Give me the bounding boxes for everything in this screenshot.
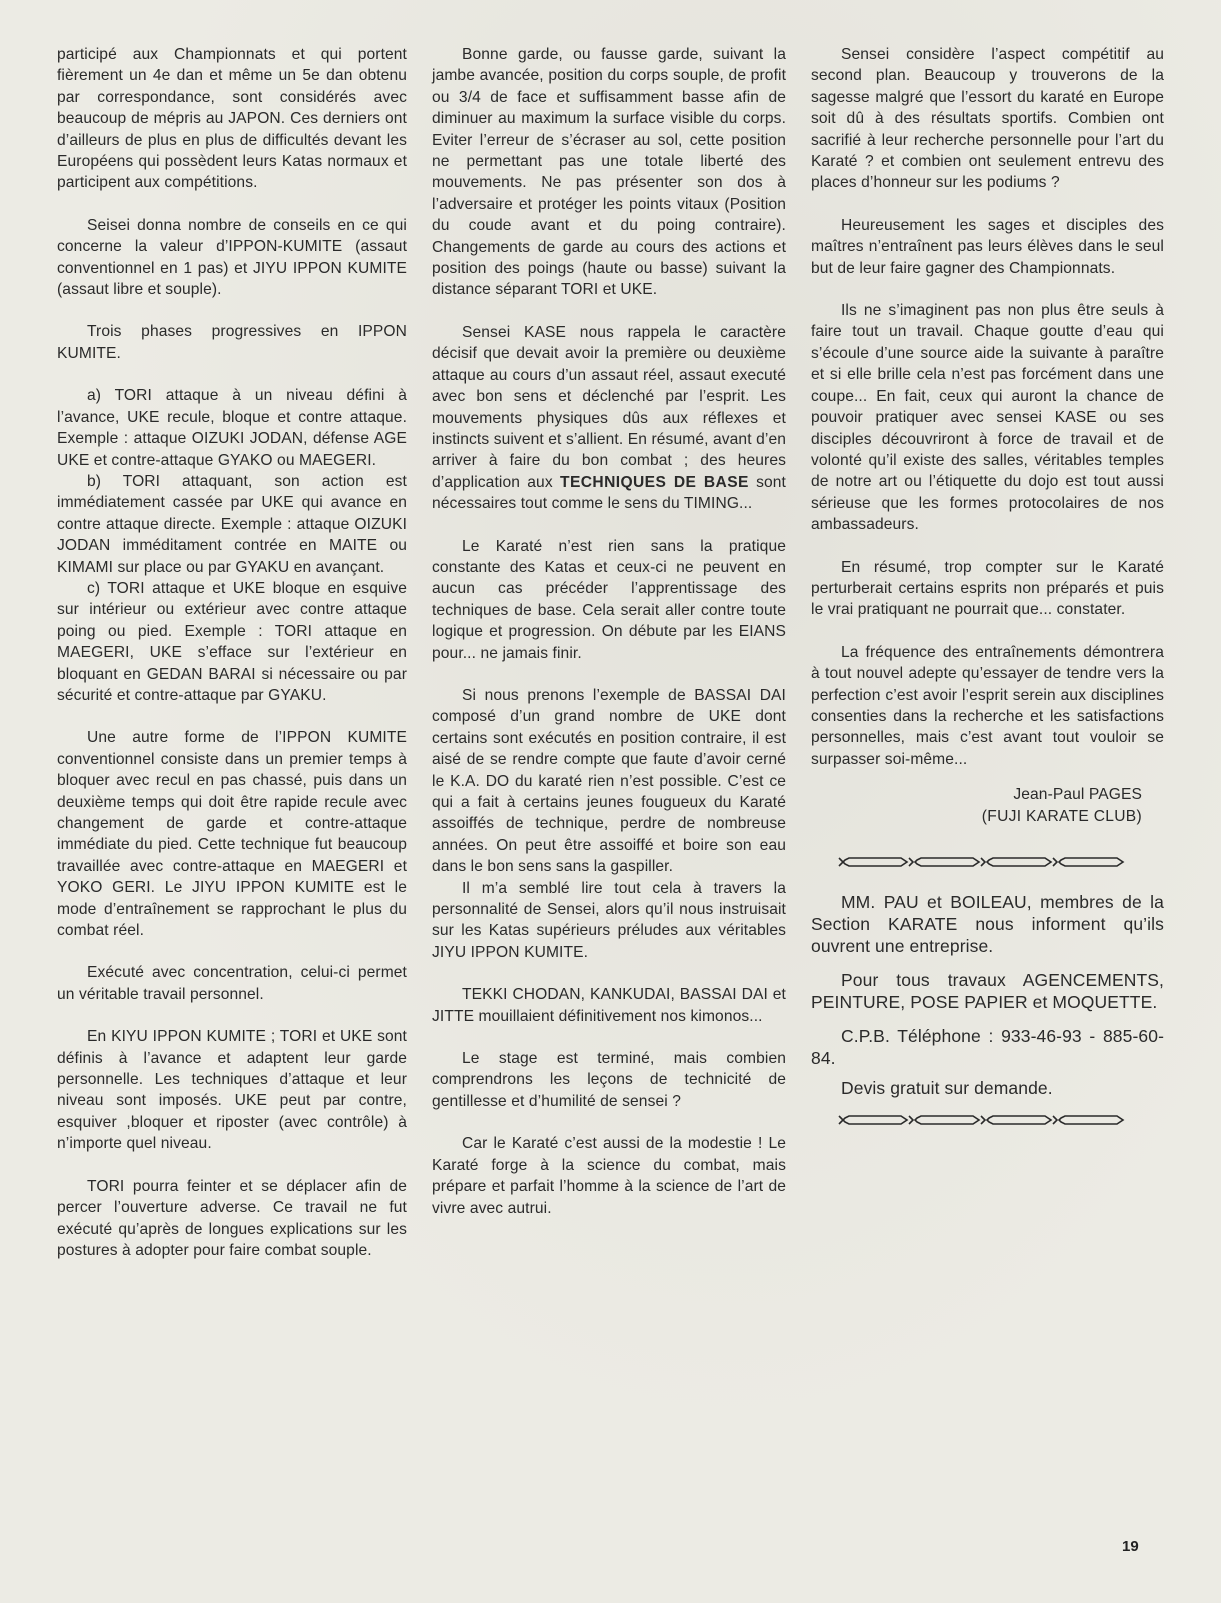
emphasis-text: TECHNIQUES DE BASE bbox=[560, 474, 749, 491]
article-paragraph: TORI pourra feinter et se déplacer afin … bbox=[57, 1176, 407, 1262]
announcement-paragraph: Pour tous travaux AGENCEMENTS, PEINTURE,… bbox=[811, 969, 1164, 1013]
article-paragraph: Sensei KASE nous rappela le caractère dé… bbox=[432, 322, 786, 515]
article-paragraph: a) TORI attaque à un niveau défini à l’a… bbox=[57, 385, 407, 471]
article-paragraph: Il m’a semblé lire tout cela à travers l… bbox=[432, 878, 786, 964]
announcement-block: MM. PAU et BOILEAU, membres de la Sectio… bbox=[811, 891, 1164, 1099]
author-club: (FUJI KARATE CLUB) bbox=[811, 806, 1142, 827]
author-name: Jean-Paul PAGES bbox=[811, 784, 1142, 805]
announcement-paragraph: MM. PAU et BOILEAU, membres de la Sectio… bbox=[811, 891, 1164, 957]
ornamental-rule-icon bbox=[837, 855, 1127, 869]
magazine-page: participé aux Championnats et qui porten… bbox=[0, 0, 1221, 1603]
article-paragraph: Le stage est terminé, mais combien compr… bbox=[432, 1048, 786, 1112]
article-paragraph: Trois phases progressives en IPPON KUMIT… bbox=[57, 321, 407, 364]
article-paragraph: Exécuté avec concentration, celui-ci per… bbox=[57, 962, 407, 1005]
ornamental-rule-icon bbox=[837, 1113, 1127, 1127]
article-column-middle: Bonne garde, ou fausse garde, suivant la… bbox=[432, 44, 786, 1240]
article-paragraph: Le Karaté n’est rien sans la pratique co… bbox=[432, 536, 786, 664]
article-paragraph: La fréquence des entraînements démontrer… bbox=[811, 642, 1164, 770]
article-paragraph: c) TORI attaque et UKE bloque en esquive… bbox=[57, 578, 407, 706]
article-paragraph: Ils ne s’imaginent pas non plus être seu… bbox=[811, 300, 1164, 535]
article-signature: Jean-Paul PAGES (FUJI KARATE CLUB) bbox=[811, 784, 1142, 827]
article-paragraph: Bonne garde, ou fausse garde, suivant la… bbox=[432, 44, 786, 301]
announcement-phone: C.P.B. Téléphone : 933-46-93 - 885-60-84… bbox=[811, 1025, 1164, 1069]
article-paragraph: Seisei donna nombre de conseils en ce qu… bbox=[57, 215, 407, 301]
announcement-paragraph: Devis gratuit sur demande. bbox=[811, 1077, 1164, 1099]
article-paragraph: En résumé, trop compter sur le Karaté pe… bbox=[811, 557, 1164, 621]
article-paragraph: TEKKI CHODAN, KANKUDAI, BASSAI DAI et JI… bbox=[432, 984, 786, 1027]
article-column-left: participé aux Championnats et qui porten… bbox=[57, 44, 407, 1282]
article-paragraph: participé aux Championnats et qui porten… bbox=[57, 44, 407, 194]
article-column-right: Sensei considère l’aspect compétitif au … bbox=[811, 44, 1164, 1127]
article-paragraph: b) TORI attaquant, son action est immédi… bbox=[57, 471, 407, 578]
article-paragraph: Si nous prenons l’exemple de BASSAI DAI … bbox=[432, 685, 786, 878]
page-number: 19 bbox=[1122, 1538, 1139, 1555]
article-paragraph: Heureusement les sages et disciples des … bbox=[811, 215, 1164, 279]
article-paragraph: Sensei considère l’aspect compétitif au … bbox=[811, 44, 1164, 194]
article-column-right-text: Sensei considère l’aspect compétitif au … bbox=[811, 44, 1164, 770]
article-paragraph: Car le Karaté c’est aussi de la modestie… bbox=[432, 1133, 786, 1219]
article-paragraph: En KIYU IPPON KUMITE ; TORI et UKE sont … bbox=[57, 1026, 407, 1154]
article-paragraph: Une autre forme de l’IPPON KUMITE conven… bbox=[57, 727, 407, 941]
